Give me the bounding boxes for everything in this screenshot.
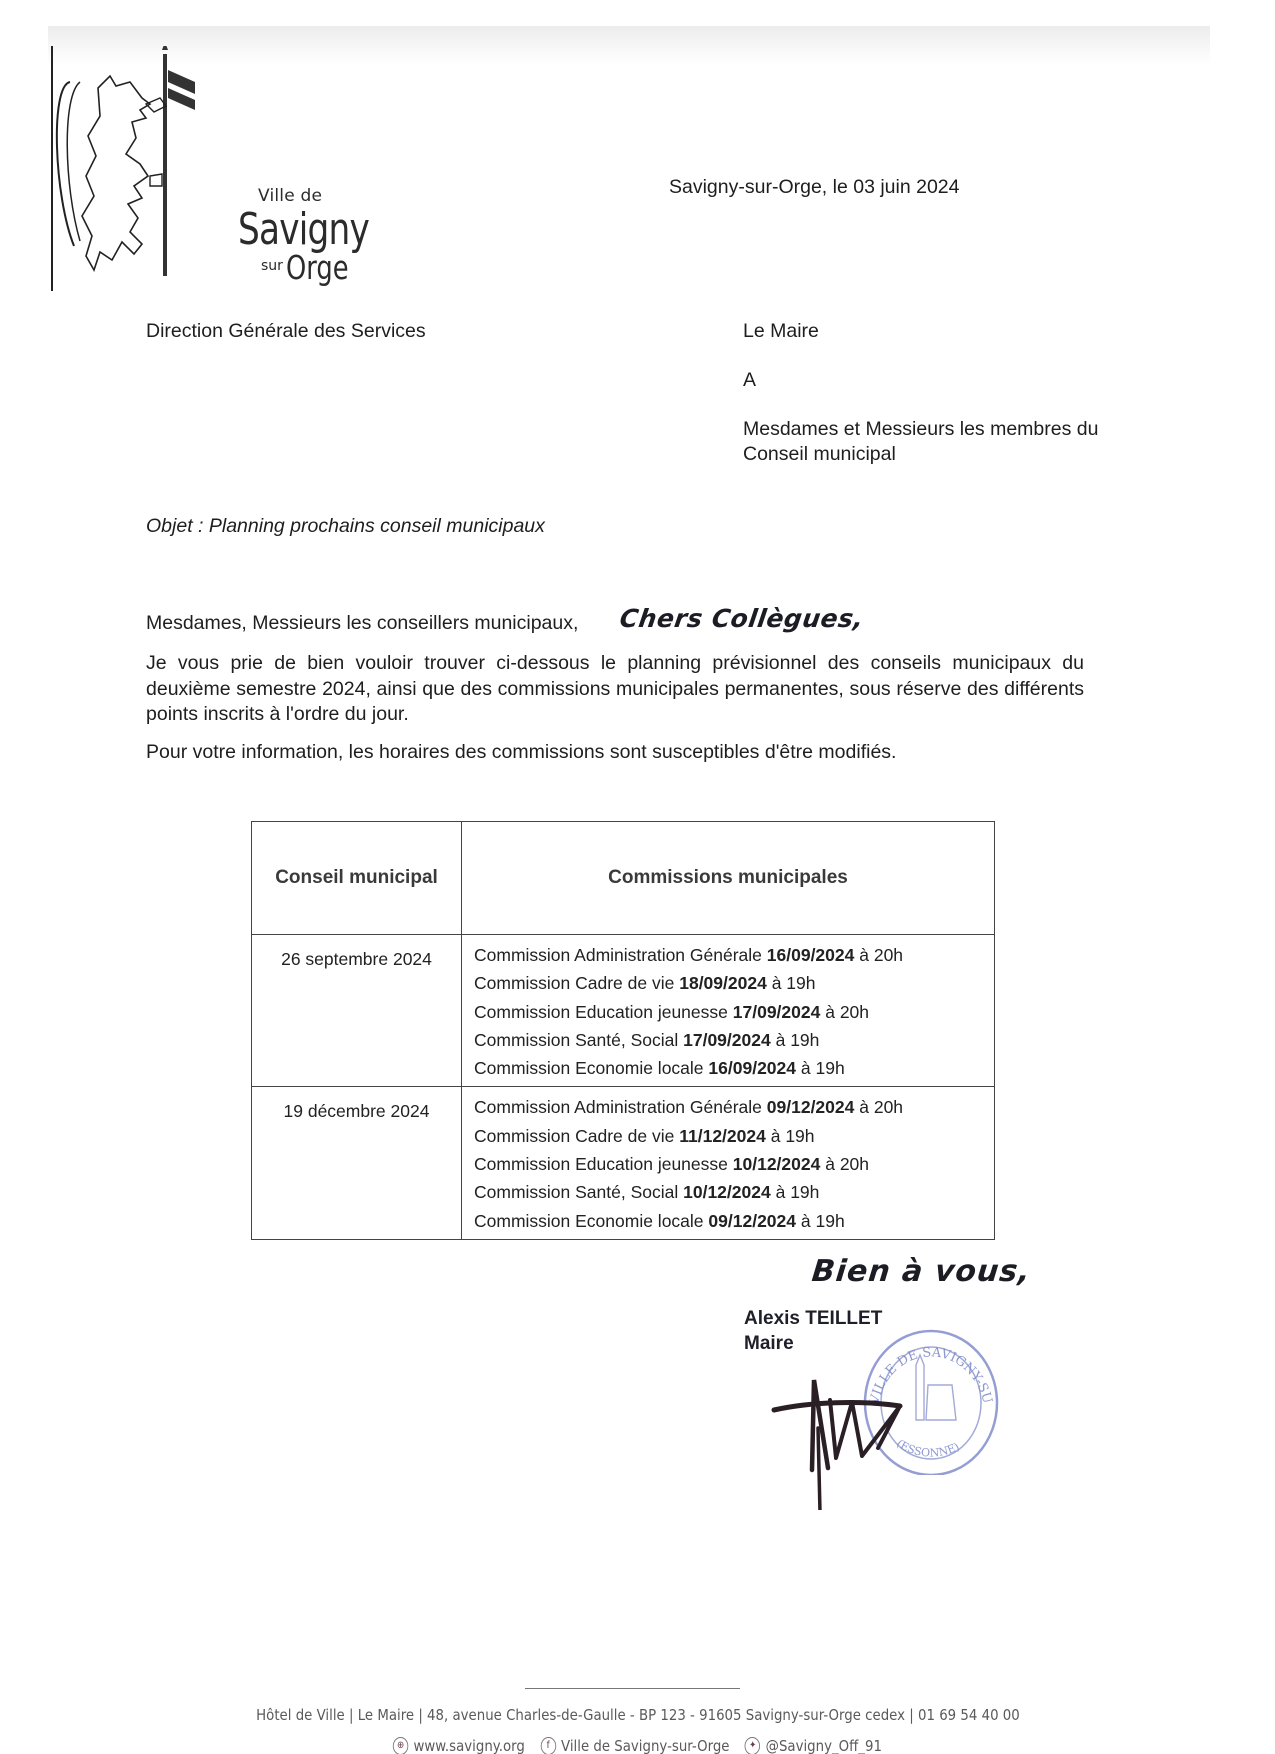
table-header-row: Conseil municipal Commissions municipale… — [252, 822, 995, 935]
footer-divider — [525, 1688, 740, 1689]
footer-links: ⊕ www.savigny.org f Ville de Savigny-sur… — [0, 1734, 1275, 1754]
commission-item: Commission Education jeunesse 17/09/2024… — [474, 998, 982, 1026]
commission-time: à 19h — [801, 1058, 845, 1078]
handwritten-closing: Bien à vous, — [810, 1254, 1032, 1289]
commission-date: 11/12/2024 — [679, 1126, 766, 1146]
commission-item: Commission Cadre de vie 18/09/2024 à 19h — [474, 969, 982, 997]
commission-item: Commission Administration Générale 16/09… — [474, 941, 982, 969]
from-line: Le Maire — [743, 320, 819, 343]
commission-item: Commission Cadre de vie 11/12/2024 à 19h — [474, 1122, 982, 1150]
commission-item: Commission Administration Générale 09/12… — [474, 1093, 982, 1121]
commission-time: à 19h — [776, 1182, 820, 1202]
conseil-date-cell: 26 septembre 2024 — [252, 935, 462, 1087]
commission-date: 10/12/2024 — [733, 1154, 821, 1174]
body-paragraph-2: Pour votre information, les horaires des… — [146, 741, 896, 764]
commission-time: à 19h — [776, 1030, 820, 1050]
footer-address: Hôtel de Ville | Le Maire | 48, avenue C… — [0, 1706, 1275, 1724]
handwritten-salutation: Chers Collègues, — [618, 604, 866, 633]
commission-time: à 20h — [825, 1002, 869, 1022]
handwritten-signature-icon — [770, 1340, 920, 1510]
commission-time: à 19h — [801, 1211, 845, 1231]
logo-sur: sur — [261, 258, 283, 274]
commission-item: Commission Education jeunesse 10/12/2024… — [474, 1150, 982, 1178]
commission-date: 18/09/2024 — [679, 973, 767, 993]
commission-name: Commission Cadre de vie — [474, 1126, 674, 1146]
commission-date: 16/09/2024 — [708, 1058, 796, 1078]
commission-name: Commission Economie locale — [474, 1211, 704, 1231]
commission-date: 17/09/2024 — [733, 1002, 821, 1022]
commission-item: Commission Economie locale 16/09/2024 à … — [474, 1054, 982, 1082]
commission-time: à 19h — [772, 973, 816, 993]
globe-icon: ⊕ — [393, 1737, 408, 1754]
planning-table: Conseil municipal Commissions municipale… — [251, 821, 995, 1240]
commission-date: 17/09/2024 — [683, 1030, 771, 1050]
table-row: 26 septembre 2024Commission Administrati… — [252, 935, 995, 1087]
commission-name: Commission Santé, Social — [474, 1030, 678, 1050]
place-date: Savigny-sur-Orge, le 03 juin 2024 — [669, 176, 960, 199]
commission-date: 10/12/2024 — [683, 1182, 771, 1202]
footer-facebook-link[interactable]: Ville de Savigny-sur-Orge — [561, 1737, 729, 1754]
commission-time: à 20h — [825, 1154, 869, 1174]
lion-flag-icon — [50, 46, 200, 296]
subject-line: Objet : Planning prochains conseil munic… — [146, 515, 545, 538]
commission-name: Commission Education jeunesse — [474, 1154, 728, 1174]
header-conseil-municipal: Conseil municipal — [252, 822, 462, 935]
commission-name: Commission Economie locale — [474, 1058, 704, 1078]
city-logo: Ville de Savigny sur Orge — [50, 46, 330, 296]
commission-item: Commission Santé, Social 10/12/2024 à 19… — [474, 1178, 982, 1206]
commission-time: à 20h — [859, 1097, 903, 1117]
commission-item: Commission Santé, Social 17/09/2024 à 19… — [474, 1026, 982, 1054]
sender-department: Direction Générale des Services — [146, 320, 426, 343]
to-prefix: A — [743, 369, 756, 392]
footer-address-text: Hôtel de Ville | Le Maire | 48, avenue C… — [256, 1706, 1020, 1724]
table-row: 19 décembre 2024Commission Administratio… — [252, 1087, 995, 1239]
commission-time: à 20h — [859, 945, 903, 965]
twitter-icon: ✦ — [745, 1737, 760, 1754]
recipients: Mesdames et Messieurs les membres du Con… — [743, 417, 1123, 467]
commissions-cell: Commission Administration Générale 09/12… — [462, 1087, 995, 1239]
header-commissions-municipales: Commissions municipales — [462, 822, 995, 935]
footer-twitter-link[interactable]: @Savigny_Off_91 — [766, 1737, 882, 1754]
body-paragraph-1: Je vous prie de bien vouloir trouver ci-… — [146, 651, 1084, 728]
commission-date: 16/09/2024 — [767, 945, 855, 965]
commission-date: 09/12/2024 — [708, 1211, 796, 1231]
facebook-icon: f — [540, 1737, 555, 1754]
commission-name: Commission Cadre de vie — [474, 973, 674, 993]
commission-time: à 19h — [771, 1126, 815, 1146]
commission-date: 09/12/2024 — [767, 1097, 855, 1117]
salutation: Mesdames, Messieurs les conseillers muni… — [146, 612, 578, 635]
commission-item: Commission Economie locale 09/12/2024 à … — [474, 1207, 982, 1235]
commission-name: Commission Administration Générale — [474, 1097, 762, 1117]
conseil-date-cell: 19 décembre 2024 — [252, 1087, 462, 1239]
footer-website-link[interactable]: www.savigny.org — [414, 1737, 525, 1754]
logo-orge: Orge — [286, 248, 349, 287]
commission-name: Commission Santé, Social — [474, 1182, 678, 1202]
logo-ville-de: Ville de — [258, 186, 322, 206]
commission-name: Commission Education jeunesse — [474, 1002, 728, 1022]
commission-name: Commission Administration Générale — [474, 945, 762, 965]
commissions-cell: Commission Administration Générale 16/09… — [462, 935, 995, 1087]
